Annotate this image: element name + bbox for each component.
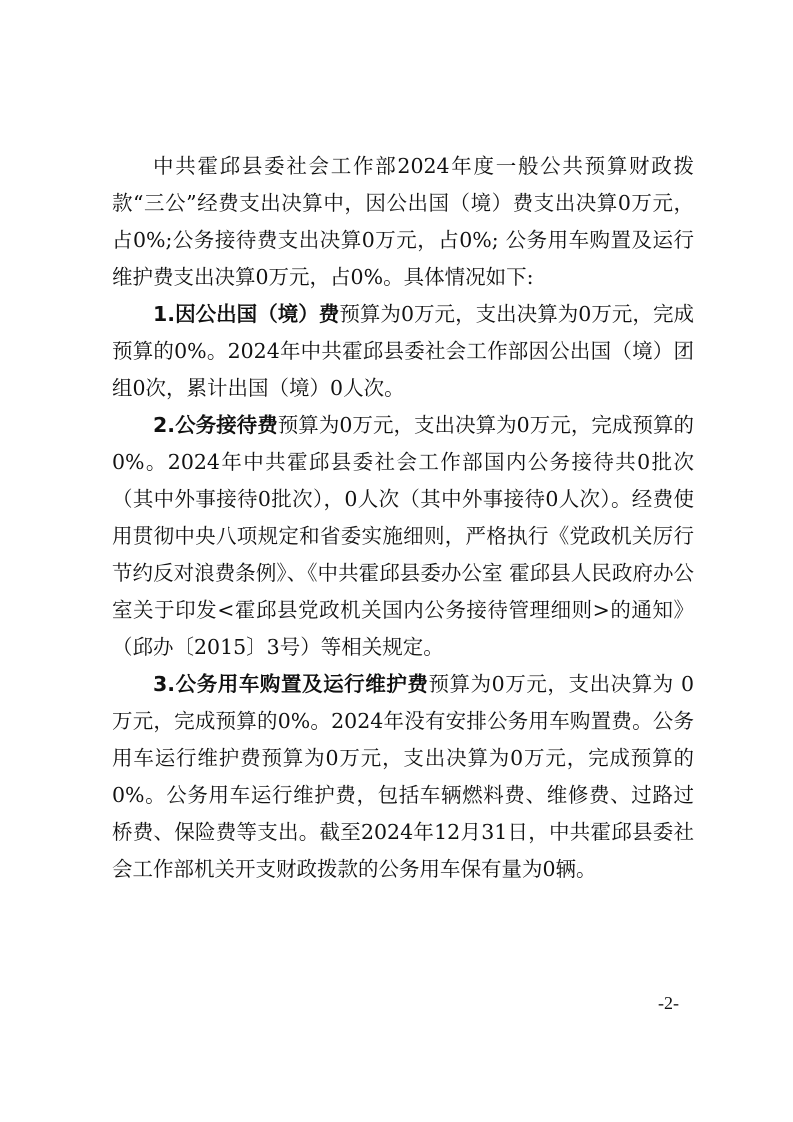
paragraph-heading: 2.公务接待费 — [153, 413, 278, 437]
page-number: -2- — [658, 993, 679, 1014]
paragraph-text: 中共霍邱县委社会工作部2024年度一般公共预算财政拨款“三公”经费支出决算中，因… — [112, 154, 694, 289]
paragraph-reception: 2.公务接待费预算为0万元，支出决算为0万元，完成预算的0%。2024年中共霍邱… — [112, 407, 694, 666]
paragraph-heading: 3.公务用车购置及运行维护费 — [153, 672, 428, 696]
paragraph-heading: 1.因公出国（境）费 — [153, 302, 339, 326]
paragraph-text: 预算为0万元，支出决算为 0万元，完成预算的0%。2024年没有安排公务用车购置… — [112, 672, 694, 881]
paragraph-vehicles: 3.公务用车购置及运行维护费预算为0万元，支出决算为 0万元，完成预算的0%。2… — [112, 666, 694, 888]
paragraph-text: 预算为0万元，支出决算为0万元，完成预算的0%。2024年中共霍邱县委社会工作部… — [112, 413, 694, 659]
document-body: 中共霍邱县委社会工作部2024年度一般公共预算财政拨款“三公”经费支出决算中，因… — [112, 148, 694, 888]
paragraph-overseas-travel: 1.因公出国（境）费预算为0万元，支出决算为0万元，完成预算的0%。2024年中… — [112, 296, 694, 407]
paragraph-summary: 中共霍邱县委社会工作部2024年度一般公共预算财政拨款“三公”经费支出决算中，因… — [112, 148, 694, 296]
